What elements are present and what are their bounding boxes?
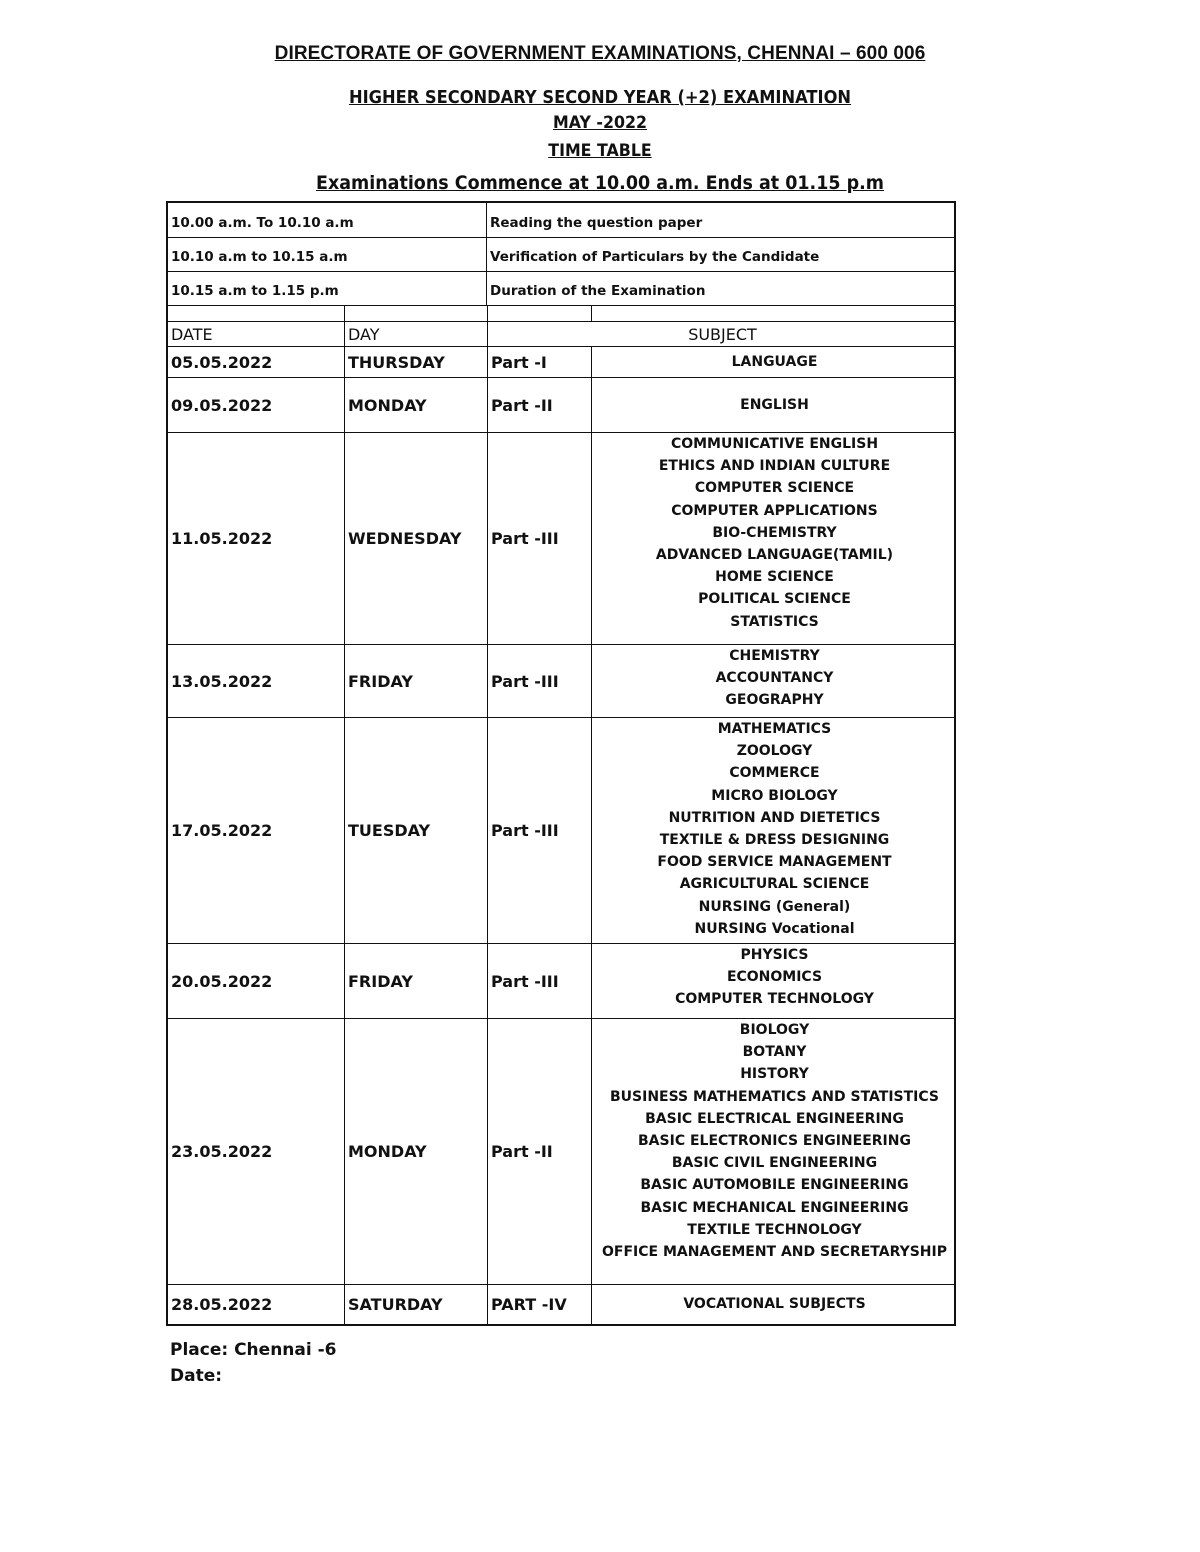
- subject-item: ETHICS AND INDIAN CULTURE: [659, 455, 890, 477]
- subject-item: FOOD SERVICE MANAGEMENT: [657, 851, 891, 873]
- exam-subjects: LANGUAGE: [591, 347, 954, 377]
- exam-subjects: VOCATIONAL SUBJECTS: [591, 1285, 954, 1324]
- subject-item: COMPUTER APPLICATIONS: [671, 500, 877, 522]
- subject-item: BASIC AUTOMOBILE ENGINEERING: [640, 1174, 908, 1196]
- exam-date: 11.05.2022: [168, 433, 344, 644]
- table-row: 13.05.2022FRIDAYPart -IIICHEMISTRYACCOUN…: [168, 645, 954, 718]
- empty-cell: [591, 306, 954, 321]
- table-row: 28.05.2022SATURDAYPART -IVVOCATIONAL SUB…: [168, 1285, 954, 1324]
- exam-subjects: PHYSICSECONOMICSCOMPUTER TECHNOLOGY: [591, 944, 954, 1018]
- schedule-activity: Verification of Particulars by the Candi…: [486, 238, 954, 271]
- exam-part: PART -IV: [487, 1285, 591, 1324]
- spacer-row: [168, 306, 954, 322]
- exam-day: FRIDAY: [344, 645, 487, 717]
- subject-item: COMPUTER TECHNOLOGY: [675, 988, 874, 1010]
- exam-date: 05.05.2022: [168, 347, 344, 377]
- subject-item: NURSING (General): [699, 896, 851, 918]
- subject-item: BASIC ELECTRICAL ENGINEERING: [645, 1108, 904, 1130]
- exam-day: SATURDAY: [344, 1285, 487, 1324]
- header-day: DAY: [344, 322, 487, 346]
- subject-item: PHYSICS: [740, 944, 808, 966]
- table-row: 20.05.2022FRIDAYPart -IIIPHYSICSECONOMIC…: [168, 944, 954, 1019]
- subject-item: POLITICAL SCIENCE: [698, 588, 851, 610]
- subject-item: VOCATIONAL SUBJECTS: [683, 1293, 865, 1315]
- table-header-row: DATE DAY SUBJECT: [168, 322, 954, 347]
- schedule-time: 10.15 a.m to 1.15 p.m: [168, 272, 486, 305]
- subject-item: STATISTICS: [730, 611, 819, 633]
- exam-date: 17.05.2022: [168, 718, 344, 943]
- exam-day: FRIDAY: [344, 944, 487, 1018]
- schedule-time: 10.00 a.m. To 10.10 a.m: [168, 203, 486, 237]
- subject-item: BIO-CHEMISTRY: [712, 522, 836, 544]
- subject-item: ZOOLOGY: [737, 740, 813, 762]
- subject-item: BOTANY: [743, 1041, 807, 1063]
- subject-item: TEXTILE & DRESS DESIGNING: [660, 829, 890, 851]
- subject-item: BASIC ELECTRONICS ENGINEERING: [638, 1130, 911, 1152]
- exam-title: HIGHER SECONDARY SECOND YEAR (+2) EXAMIN…: [42, 88, 1158, 108]
- subject-item: MICRO BIOLOGY: [711, 785, 837, 807]
- schedule-info-row: 10.00 a.m. To 10.10 a.m Reading the ques…: [168, 203, 954, 238]
- header-date: DATE: [168, 322, 344, 346]
- subject-item: ENGLISH: [740, 394, 809, 416]
- exam-day: TUESDAY: [344, 718, 487, 943]
- exam-day: MONDAY: [344, 1019, 487, 1284]
- subject-item: NURSING Vocational: [695, 918, 855, 940]
- doc-type: TIME TABLE: [42, 141, 1158, 161]
- subject-item: TEXTILE TECHNOLOGY: [687, 1219, 861, 1241]
- subject-item: ECONOMICS: [727, 966, 822, 988]
- table-row: 17.05.2022TUESDAYPart -IIIMATHEMATICSZOO…: [168, 718, 954, 944]
- exam-date: 28.05.2022: [168, 1285, 344, 1324]
- subject-item: ADVANCED LANGUAGE(TAMIL): [656, 544, 893, 566]
- directorate-title: DIRECTORATE OF GOVERNMENT EXAMINATIONS, …: [0, 43, 1200, 65]
- table-row: 05.05.2022THURSDAYPart -ILANGUAGE: [168, 347, 954, 378]
- subject-item: COMMERCE: [729, 762, 819, 784]
- subject-item: GEOGRAPHY: [725, 689, 823, 711]
- exam-part: Part -III: [487, 645, 591, 717]
- exam-part: Part -II: [487, 1019, 591, 1284]
- empty-cell: [168, 306, 344, 321]
- subject-item: BASIC CIVIL ENGINEERING: [672, 1152, 877, 1174]
- header-subject: SUBJECT: [487, 322, 954, 346]
- subject-item: BASIC MECHANICAL ENGINEERING: [640, 1197, 908, 1219]
- subject-item: HOME SCIENCE: [715, 566, 834, 588]
- subject-item: OFFICE MANAGEMENT AND SECRETARYSHIP: [602, 1241, 947, 1263]
- footer-date: Date:: [170, 1366, 222, 1386]
- subject-item: BUSINESS MATHEMATICS AND STATISTICS: [610, 1086, 939, 1108]
- table-row: 23.05.2022MONDAYPart -IIBIOLOGYBOTANYHIS…: [168, 1019, 954, 1285]
- schedule-activity: Reading the question paper: [486, 203, 954, 237]
- table-row: 09.05.2022MONDAYPart -IIENGLISH: [168, 378, 954, 433]
- footer-place: Place: Chennai -6: [170, 1340, 337, 1360]
- schedule-info-row: 10.15 a.m to 1.15 p.m Duration of the Ex…: [168, 272, 954, 306]
- exam-subjects: COMMUNICATIVE ENGLISHETHICS AND INDIAN C…: [591, 433, 954, 644]
- subject-item: COMMUNICATIVE ENGLISH: [671, 433, 878, 455]
- timetable: 10.00 a.m. To 10.10 a.m Reading the ques…: [166, 201, 956, 1326]
- schedule-info-row: 10.10 a.m to 10.15 a.m Verification of P…: [168, 238, 954, 272]
- exam-part: Part -I: [487, 347, 591, 377]
- subject-item: BIOLOGY: [740, 1019, 809, 1041]
- schedule-time: 10.10 a.m to 10.15 a.m: [168, 238, 486, 271]
- subject-item: ACCOUNTANCY: [716, 667, 834, 689]
- subject-item: MATHEMATICS: [718, 718, 832, 740]
- exam-part: Part -III: [487, 718, 591, 943]
- exam-part: Part -II: [487, 378, 591, 432]
- subject-item: CHEMISTRY: [729, 645, 819, 667]
- subject-item: LANGUAGE: [732, 351, 818, 373]
- exam-subjects: MATHEMATICSZOOLOGYCOMMERCEMICRO BIOLOGYN…: [591, 718, 954, 943]
- subject-item: AGRICULTURAL SCIENCE: [680, 873, 870, 895]
- exam-subjects: BIOLOGYBOTANYHISTORYBUSINESS MATHEMATICS…: [591, 1019, 954, 1284]
- empty-cell: [344, 306, 487, 321]
- exam-date: 13.05.2022: [168, 645, 344, 717]
- exam-date: 23.05.2022: [168, 1019, 344, 1284]
- subject-item: HISTORY: [740, 1063, 809, 1085]
- exam-date: 09.05.2022: [168, 378, 344, 432]
- exam-day: WEDNESDAY: [344, 433, 487, 644]
- empty-cell: [487, 306, 591, 321]
- table-row: 11.05.2022WEDNESDAYPart -IIICOMMUNICATIV…: [168, 433, 954, 645]
- exam-timing: Examinations Commence at 10.00 a.m. Ends…: [48, 172, 1152, 194]
- subject-item: COMPUTER SCIENCE: [695, 477, 854, 499]
- subject-item: NUTRITION AND DIETETICS: [669, 807, 881, 829]
- exam-part: Part -III: [487, 944, 591, 1018]
- exam-subjects: ENGLISH: [591, 378, 954, 432]
- schedule-activity: Duration of the Examination: [486, 272, 954, 305]
- exam-subjects: CHEMISTRYACCOUNTANCYGEOGRAPHY: [591, 645, 954, 717]
- exam-part: Part -III: [487, 433, 591, 644]
- exam-day: MONDAY: [344, 378, 487, 432]
- exam-session: MAY -2022: [42, 113, 1158, 133]
- exam-date: 20.05.2022: [168, 944, 344, 1018]
- exam-day: THURSDAY: [344, 347, 487, 377]
